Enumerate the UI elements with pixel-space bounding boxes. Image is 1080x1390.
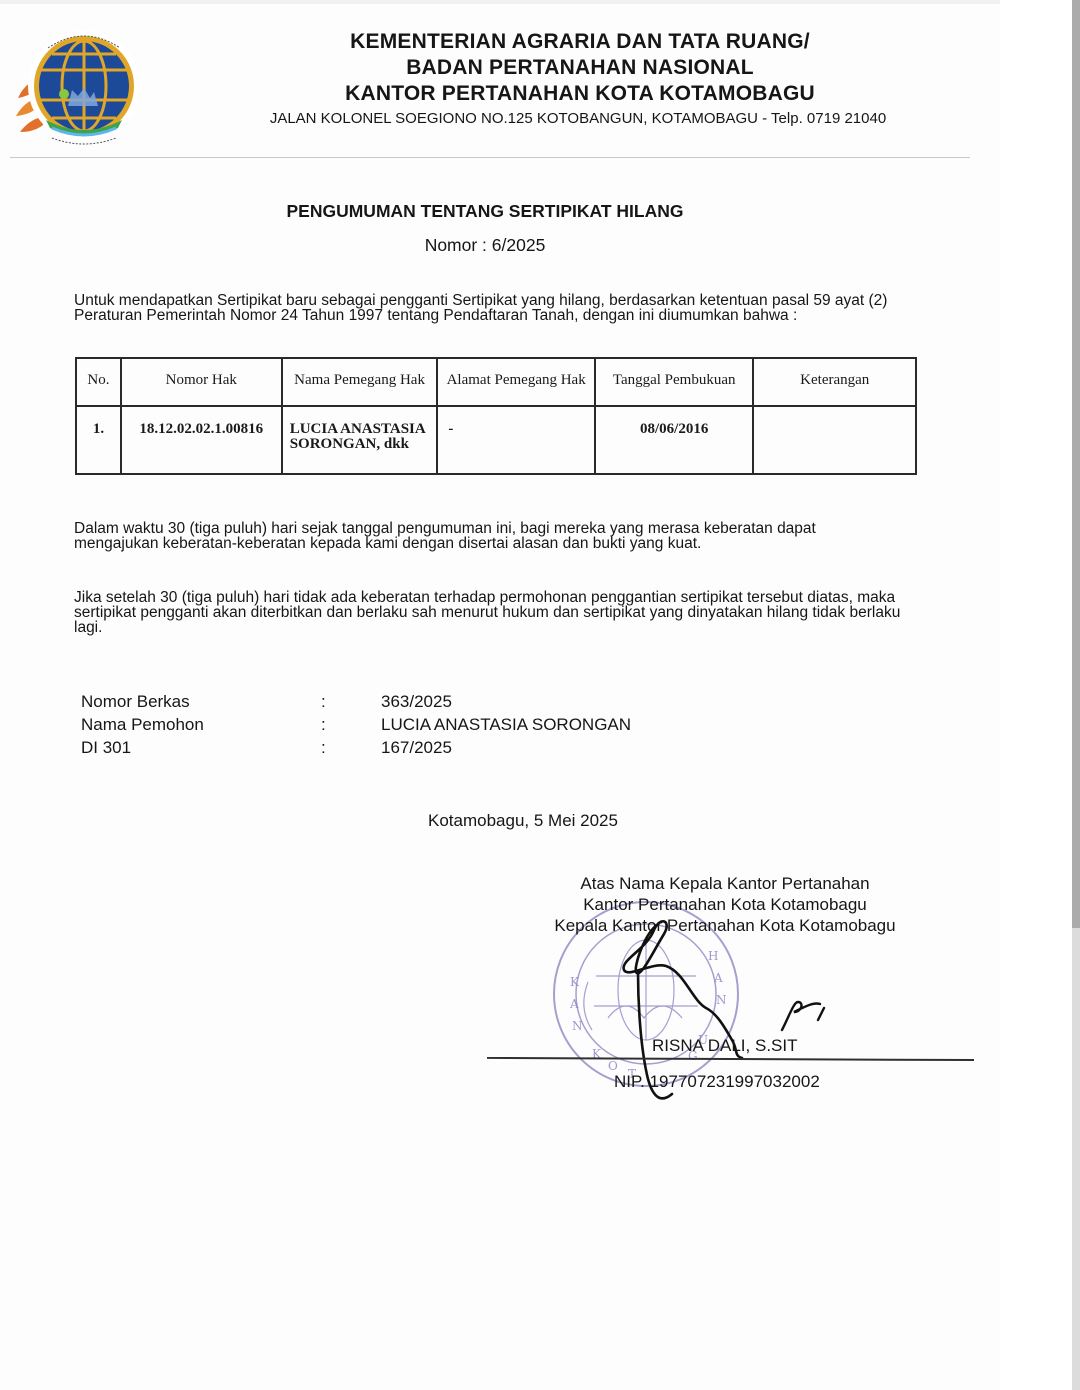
column-header-nomor-hak: Nomor Hak (121, 358, 282, 406)
cell-no: 1. (76, 406, 121, 474)
detail-row-nama-pemohon: Nama Pemohon : LUCIA ANASTASIA SORONGAN (81, 713, 631, 736)
letterhead-divider (10, 157, 970, 158)
column-header-nama-pemegang: Nama Pemegang Hak (282, 358, 438, 406)
issuance-paragraph: Jika setelah 30 (tiga puluh) hari tidak … (74, 590, 904, 635)
page-top-edge (0, 0, 1000, 4)
objection-paragraph: Dalam waktu 30 (tiga puluh) hari sejak t… (74, 521, 904, 551)
scrollbar-thumb[interactable] (1072, 0, 1080, 928)
application-details: Nomor Berkas : 363/2025 Nama Pemohon : L… (81, 690, 631, 759)
cell-nama-pemegang-hak: LUCIA ANASTASIA SORONGAN, dkk (282, 406, 438, 474)
cell-tanggal-pembukuan: 08/06/2016 (595, 406, 754, 474)
column-header-no: No. (76, 358, 121, 406)
cell-keterangan (753, 406, 916, 474)
svg-text:N: N (572, 1019, 583, 1033)
signer-name: RISNA DALI, S.SIT (652, 1036, 798, 1056)
column-header-tanggal-pembukuan: Tanggal Pembukuan (595, 358, 754, 406)
document-page: KEMENTERIAN AGRARIA DAN TATA RUANG/ BADA… (0, 0, 1000, 1390)
column-header-nama-pemegang-label: Nama Pemegang Hak (283, 373, 437, 388)
cell-alamat-pemegang-hak: - (437, 406, 595, 474)
certificate-table: No. Nomor Hak Nama Pemegang Hak Alamat P… (75, 357, 917, 475)
intro-paragraph: Untuk mendapatkan Sertipikat baru sebaga… (74, 293, 904, 323)
bpn-globe-logo-icon (12, 28, 144, 146)
announcement-number: Nomor : 6/2025 (300, 235, 670, 256)
letterhead-address: JALAN KOLONEL SOEGIONO NO.125 KOTOBANGUN… (228, 110, 928, 127)
letterhead-office: KANTOR PERTANAHAN KOTA KOTAMOBAGU (300, 82, 860, 106)
detail-separator: : (321, 690, 381, 713)
detail-label: DI 301 (81, 736, 321, 759)
detail-row-nomor-berkas: Nomor Berkas : 363/2025 (81, 690, 631, 713)
detail-separator: : (321, 736, 381, 759)
detail-value: 167/2025 (381, 736, 452, 759)
letterhead-ministry: KEMENTERIAN AGRARIA DAN TATA RUANG/ (300, 30, 860, 54)
svg-text:A: A (569, 997, 579, 1011)
detail-label: Nama Pemohon (81, 713, 321, 736)
column-header-alamat-pemegang-label: Alamat Pemegang Hak (438, 373, 594, 388)
detail-separator: : (321, 713, 381, 736)
place-and-date: Kotamobagu, 5 Mei 2025 (428, 811, 618, 831)
detail-row-di-301: DI 301 : 167/2025 (81, 736, 631, 759)
detail-label: Nomor Berkas (81, 690, 321, 713)
detail-value: LUCIA ANASTASIA SORONGAN (381, 713, 631, 736)
cell-nomor-hak: 18.12.02.02.1.00816 (121, 406, 282, 474)
announcement-title: PENGUMUMAN TENTANG SERTIPIKAT HILANG (200, 201, 770, 222)
table-row: 1. 18.12.02.02.1.00816 LUCIA ANASTASIA S… (76, 406, 916, 474)
column-header-alamat-pemegang: Alamat Pemegang Hak (437, 358, 595, 406)
signature-title-line1: Atas Nama Kepala Kantor Pertanahan (530, 873, 920, 894)
signer-nip: NIP. 197707231997032002 (614, 1072, 820, 1092)
svg-text:K: K (570, 975, 580, 989)
column-header-keterangan: Keterangan (753, 358, 916, 406)
table-header-row: No. Nomor Hak Nama Pemegang Hak Alamat P… (76, 358, 916, 406)
detail-value: 363/2025 (381, 690, 452, 713)
letterhead-agency: BADAN PERTANAHAN NASIONAL (300, 56, 860, 80)
